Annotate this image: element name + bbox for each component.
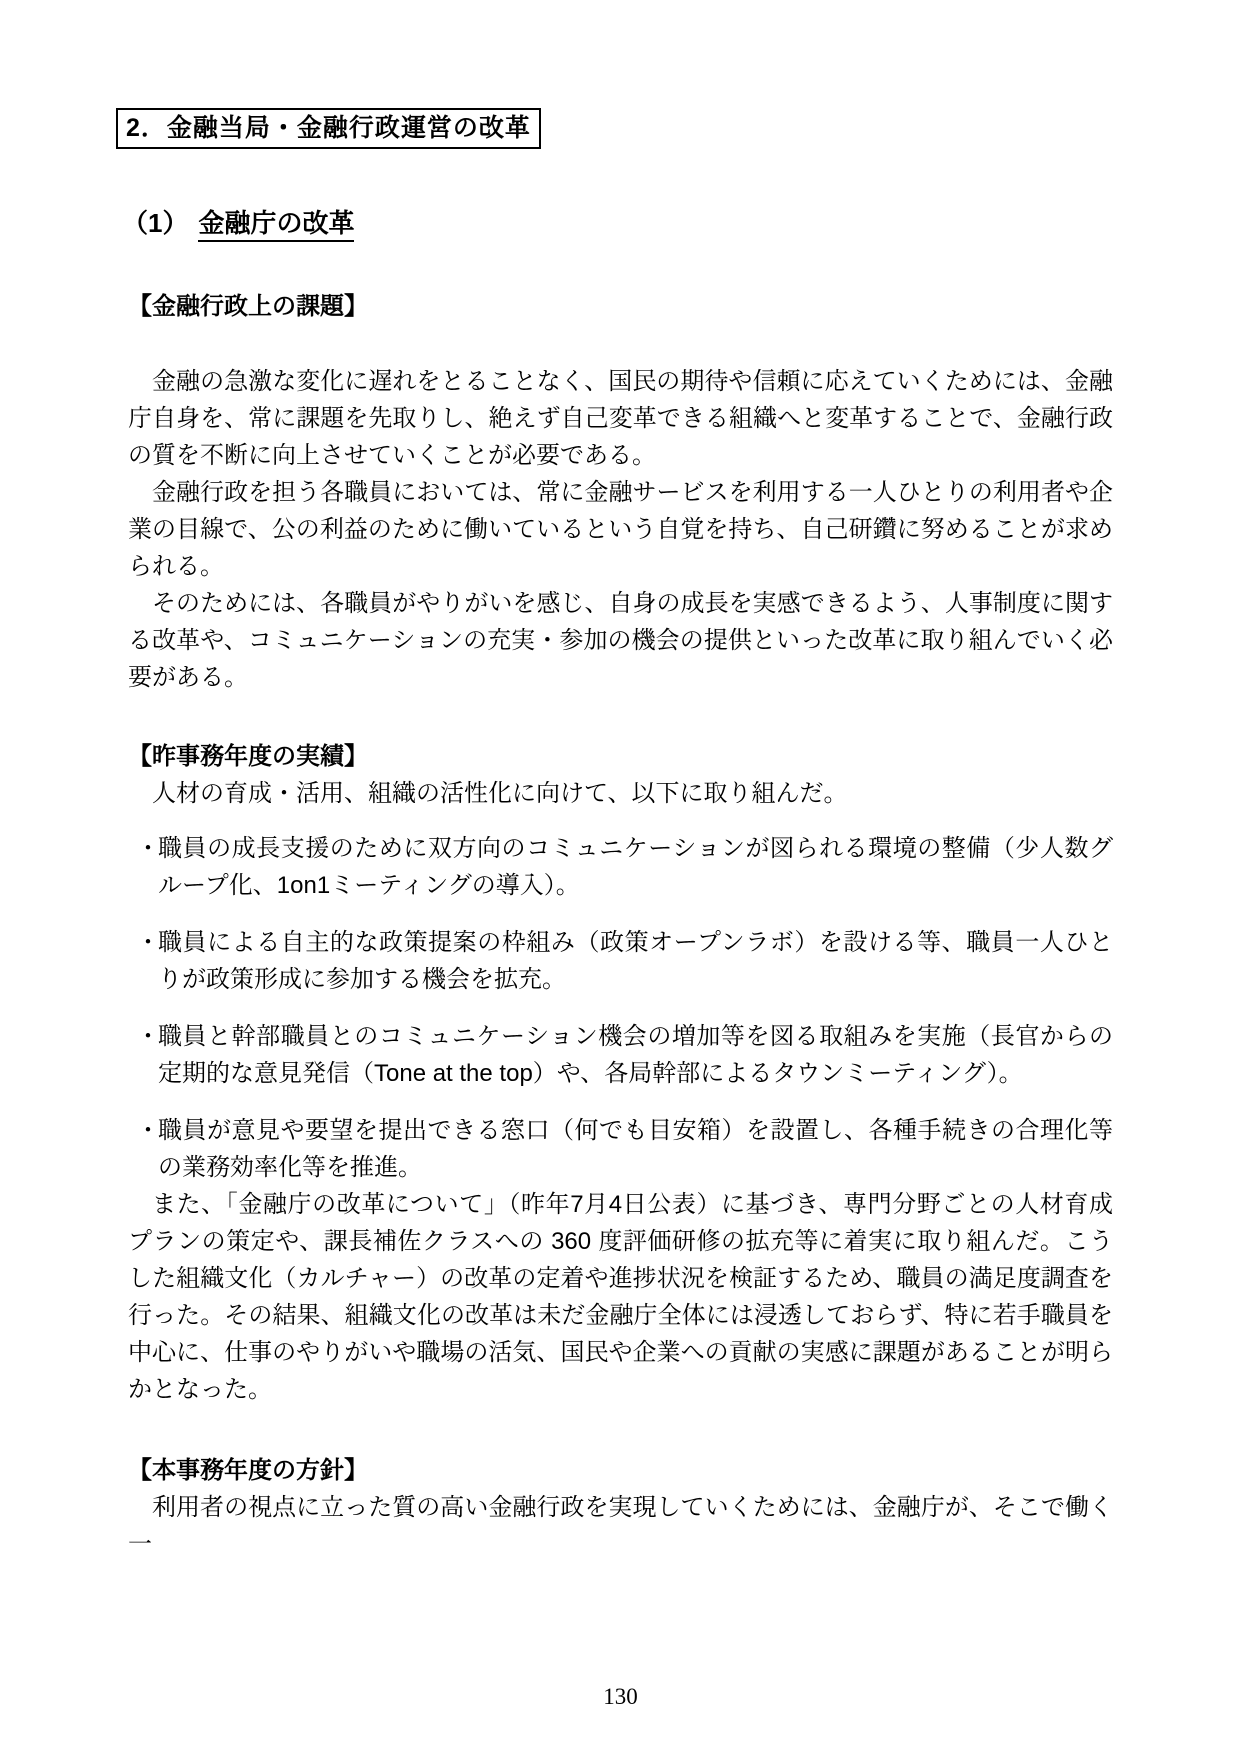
bullet-marker: ・ xyxy=(136,1018,160,1055)
subsection-title: 金融庁の改革 xyxy=(198,208,354,242)
paragraph: 利用者の視点に立った質の高い金融行政を実現していくためには、金融庁が、そこで働く… xyxy=(128,1489,1113,1563)
section-policy-body: 利用者の視点に立った質の高い金融行政を実現していくためには、金融庁が、そこで働く… xyxy=(128,1489,1113,1563)
bullet-text: 職員の成長支援のために双方向のコミュニケーションが図られる環境の整備（少人数グル… xyxy=(158,835,1113,899)
section-results-body: 人材の育成・活用、組織の活性化に向けて、以下に取り組んだ。 ・ 職員の成長支援の… xyxy=(128,775,1113,1408)
page-number: 130 xyxy=(0,1684,1241,1710)
bullet-marker: ・ xyxy=(136,830,160,867)
bullet-text: 職員による自主的な政策提案の枠組み（政策オープンラボ）を設ける等、職員一人ひとり… xyxy=(158,929,1113,993)
paragraph: 金融行政を担う各職員においては、常に金融サービスを利用する一人ひとりの利用者や企… xyxy=(128,474,1113,585)
section-heading-last-year-results: 【昨事務年度の実績】 xyxy=(128,738,1113,775)
bullet-item: ・ 職員の成長支援のために双方向のコミュニケーションが図られる環境の整備（少人数… xyxy=(128,830,1113,904)
subsection-heading: （1）金融庁の改革 xyxy=(122,205,1113,242)
bullet-text: 職員が意見や要望を提出できる窓口（何でも目安箱）を設置し、各種手続きの合理化等の… xyxy=(158,1117,1113,1181)
bullet-item: ・ 職員と幹部職員とのコミュニケーション機会の増加等を図る取組みを実施（長官から… xyxy=(128,1018,1113,1092)
section-heading-issues: 【金融行政上の課題】 xyxy=(128,288,1113,325)
results-bullet-list: ・ 職員の成長支援のために双方向のコミュニケーションが図られる環境の整備（少人数… xyxy=(128,830,1113,1186)
paragraph: 金融の急激な変化に遅れをとることなく、国民の期待や信頼に応えていくためには、金融… xyxy=(128,363,1113,474)
bullet-marker: ・ xyxy=(136,924,160,961)
bullet-item: ・ 職員が意見や要望を提出できる窓口（何でも目安箱）を設置し、各種手続きの合理化… xyxy=(128,1112,1113,1186)
subsection-number: （1） xyxy=(122,208,188,238)
results-intro: 人材の育成・活用、組織の活性化に向けて、以下に取り組んだ。 xyxy=(128,775,1113,812)
paragraph: そのためには、各職員がやりがいを感じ、自身の成長を実感できるよう、人事制度に関す… xyxy=(128,585,1113,696)
section-heading-this-year-policy: 【本事務年度の方針】 xyxy=(128,1452,1113,1489)
section-issues-body: 金融の急激な変化に遅れをとることなく、国民の期待や信頼に応えていくためには、金融… xyxy=(128,363,1113,696)
bullet-text: 職員と幹部職員とのコミュニケーション機会の増加等を図る取組みを実施（長官からの定… xyxy=(158,1023,1113,1087)
bullet-marker: ・ xyxy=(136,1112,160,1149)
document-page: 2．金融当局・金融行政運営の改革 （1）金融庁の改革 【金融行政上の課題】 金融… xyxy=(0,0,1241,1754)
chapter-title-box: 2．金融当局・金融行政運営の改革 xyxy=(116,108,541,149)
results-closing-paragraph: また、「金融庁の改革について」（昨年7月4日公表）に基づき、専門分野ごとの人材育… xyxy=(128,1186,1113,1408)
bullet-item: ・ 職員による自主的な政策提案の枠組み（政策オープンラボ）を設ける等、職員一人ひ… xyxy=(128,924,1113,998)
